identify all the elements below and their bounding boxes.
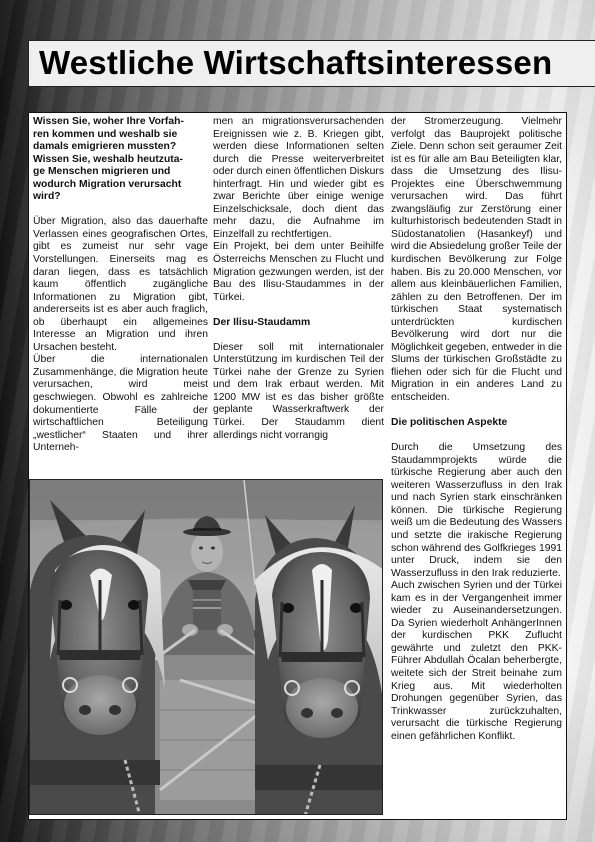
page-title: Westliche Wirtschaftsinteressen	[39, 44, 552, 82]
lead-line: ge Menschen migrieren und	[33, 166, 170, 177]
body-paragraph: Ein Projekt, bei dem unter Beihilfe Öste…	[213, 241, 384, 304]
horses-cart-illustration	[30, 480, 383, 815]
body-paragraph: der Stromerzeugung. Vielmehr verfolgt da…	[391, 116, 562, 405]
column-3: der Stromerzeugung. Vielmehr verfolgt da…	[391, 116, 562, 743]
body-paragraph: Über Migration, also das dauerhafte Verl…	[33, 216, 208, 354]
body-paragraph: men an migrationsverursachenden Ereignis…	[213, 116, 384, 241]
paragraph-gap	[33, 204, 208, 217]
body-paragraph: Auch zwischen Syrien und der Türkei kam …	[391, 580, 562, 743]
column-2: men an migrationsverursachenden Ereignis…	[213, 116, 384, 442]
paragraph-gap	[213, 304, 384, 317]
body-paragraph: Über die internationalen Zusammenhänge, …	[33, 354, 208, 454]
title-banner: Westliche Wirtschaftsinteressen	[28, 40, 595, 87]
body-paragraph: Durch die Umsetzung des Staudammprojekts…	[391, 442, 562, 580]
paragraph-gap	[391, 405, 562, 418]
lead-line: wird?	[33, 191, 61, 202]
lead-line: Wissen Sie, weshalb heutzuta-	[33, 154, 183, 165]
paragraph-gap	[213, 329, 384, 342]
article-photo	[29, 479, 383, 815]
body-paragraph: Dieser soll mit internationaler Unterstü…	[213, 342, 384, 442]
lead-line: ren kommen und weshalb sie	[33, 129, 177, 140]
section-heading: Die politischen Aspekte	[391, 417, 562, 430]
lead-line: damals emigrieren mussten?	[33, 141, 176, 152]
lead-line: wodurch Migration verursacht	[33, 179, 181, 190]
column-1: Wissen Sie, woher Ihre Vorfah- ren komme…	[33, 116, 208, 455]
section-heading: Der Ilisu-Staudamm	[213, 317, 384, 330]
paragraph-gap	[391, 430, 562, 443]
lead-paragraph: Wissen Sie, woher Ihre Vorfah- ren komme…	[33, 116, 208, 204]
lead-line: Wissen Sie, woher Ihre Vorfah-	[33, 116, 184, 127]
